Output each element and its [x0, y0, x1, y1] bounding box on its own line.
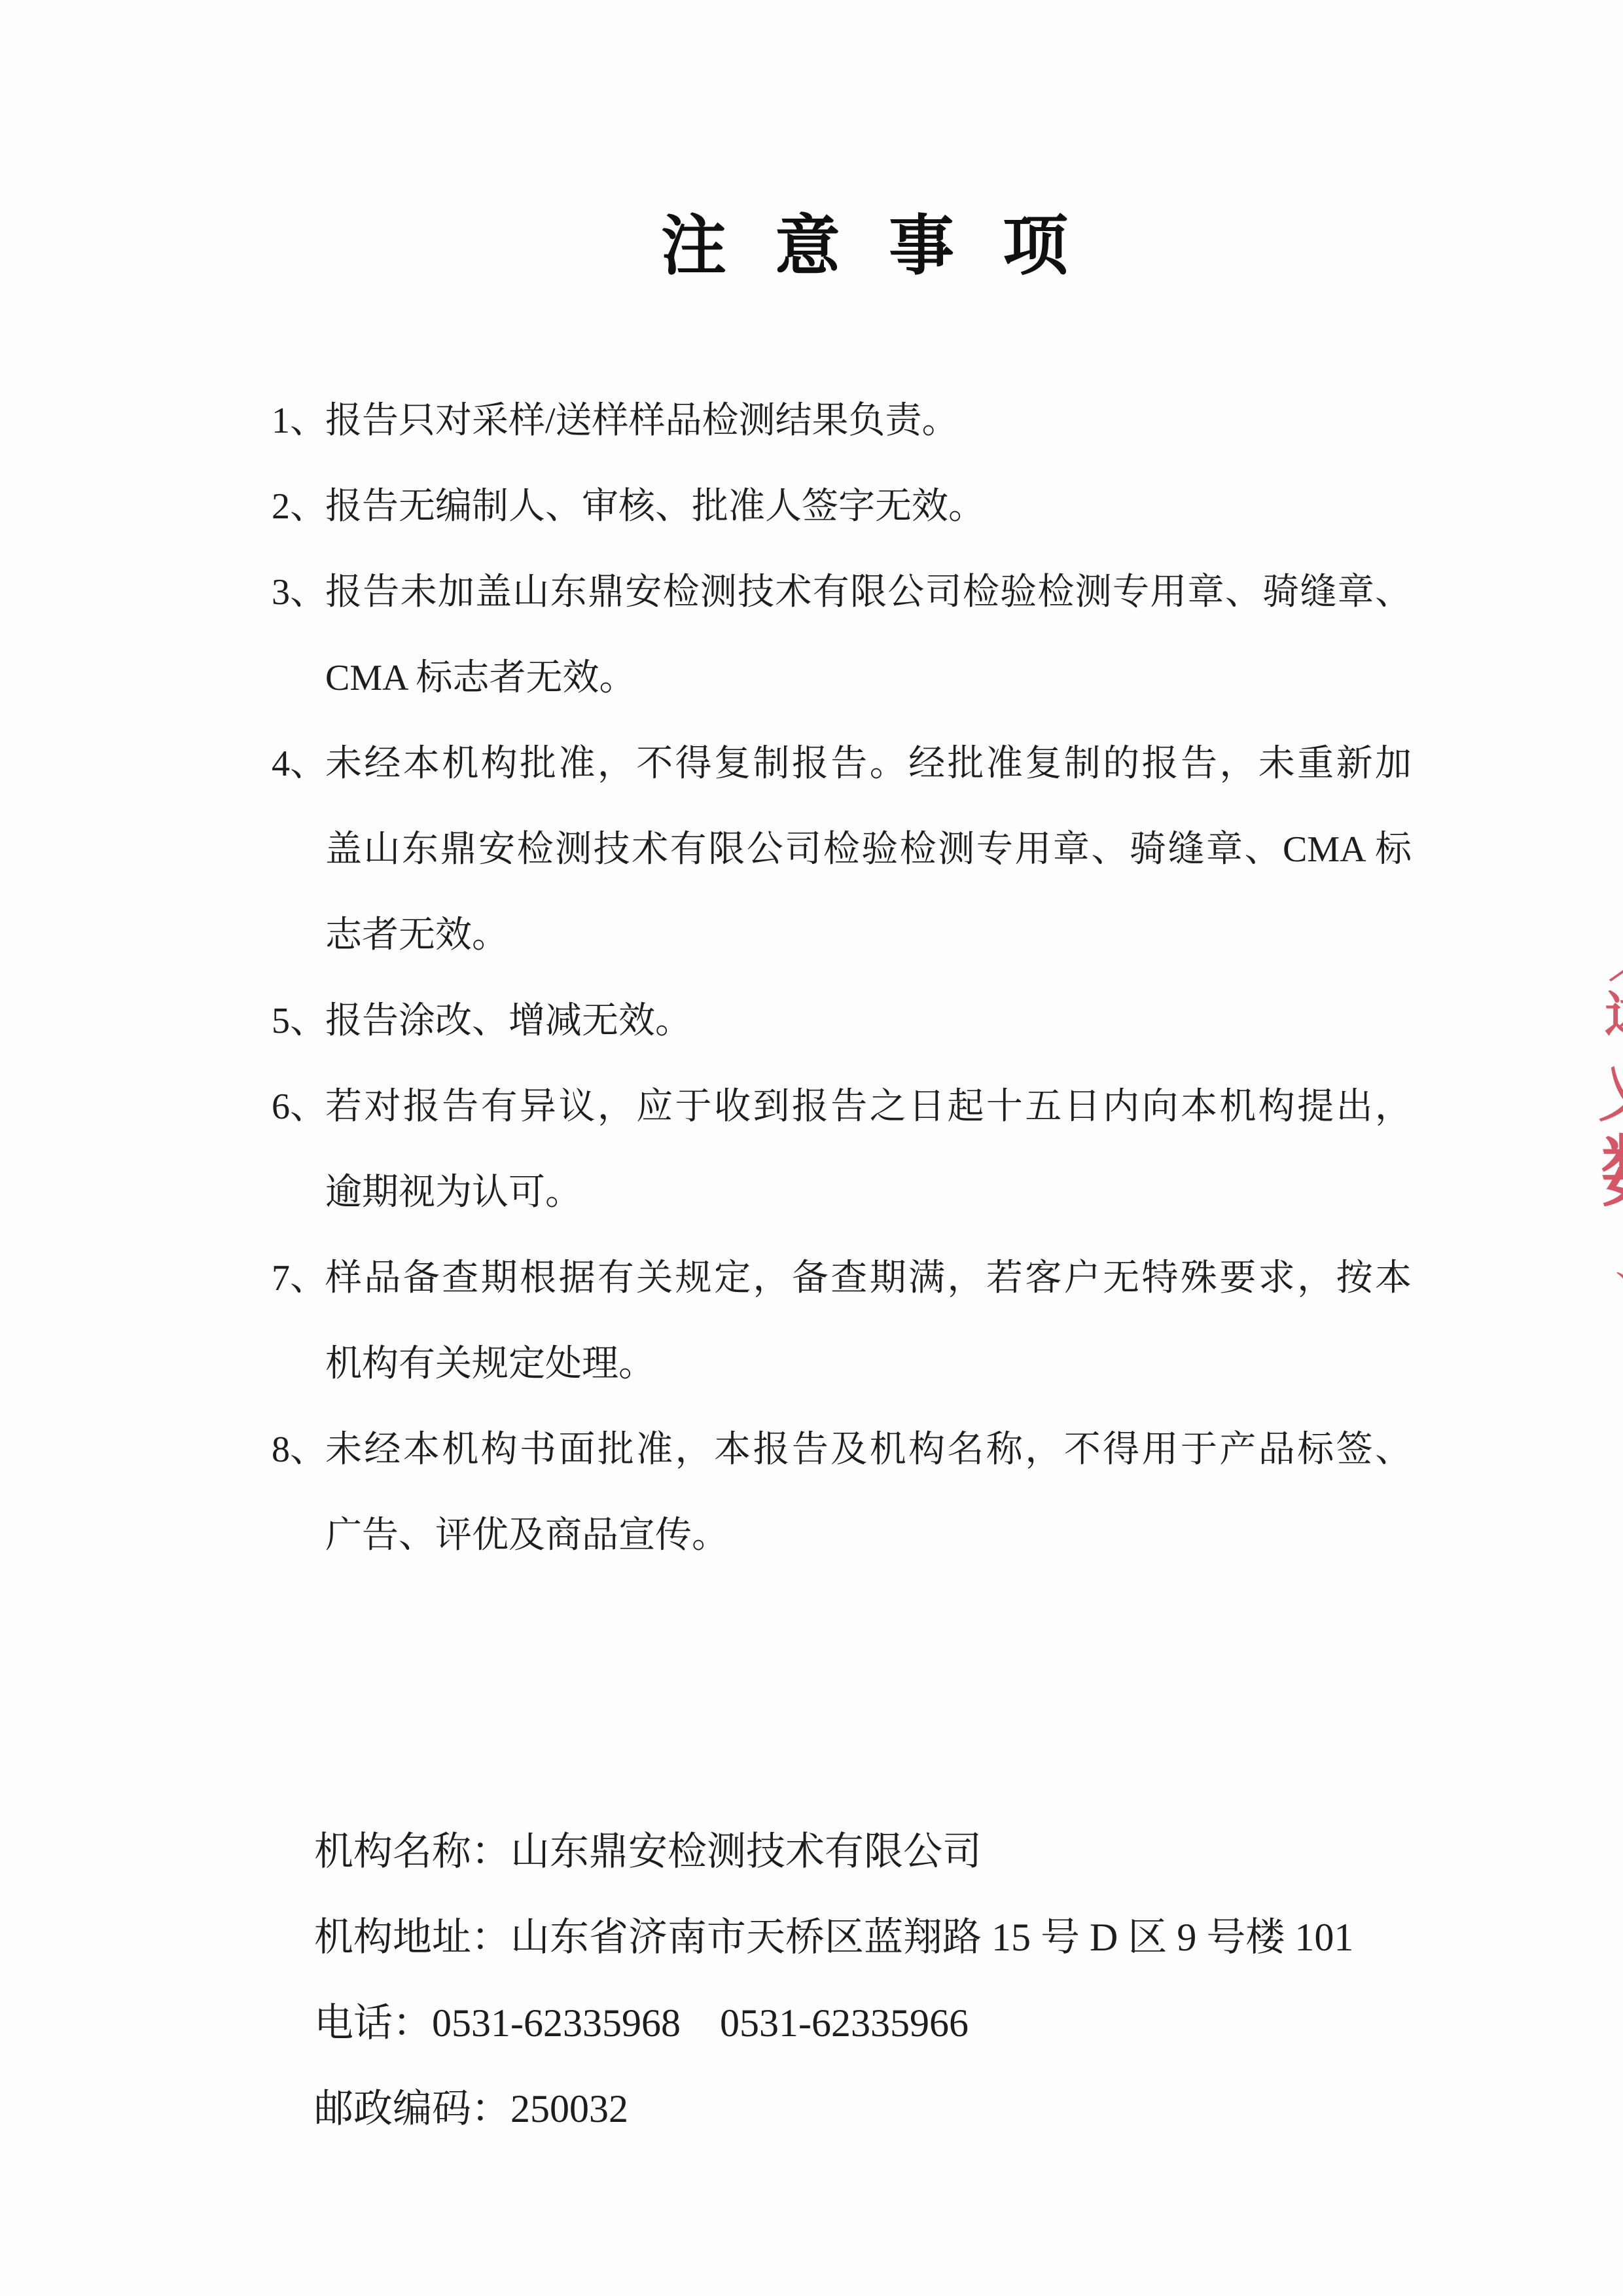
org-postcode-label: 邮政编码：	[314, 2087, 510, 2130]
org-address-value: 山东省济南市天桥区蓝翔路 15 号 D 区 9 号楼 101	[510, 1916, 1353, 1959]
item-text: 机构有关规定处理。	[325, 1344, 655, 1384]
item-text: 报告涂改、增减无效。	[325, 1001, 692, 1041]
org-phone-value: 0531-62335968 0531-62335966	[432, 2001, 969, 2045]
org-name-value: 山东鼎安检测技术有限公司	[510, 1830, 982, 1873]
list-item-continuation: CMA 标志者无效。	[0, 636, 1412, 721]
item-number: 5、	[272, 978, 327, 1064]
item-text: 未经本机构书面批准，本报告及机构名称，不得用于产品标签、	[325, 1429, 1412, 1470]
list-item: 4、 未经本机构批准，不得复制报告。经批准复制的报告，未重新加	[0, 721, 1412, 807]
list-item-continuation: 广告、评优及商品宣传。	[0, 1493, 1412, 1579]
item-text: 样品备查期根据有关规定，备查期满，若客户无特殊要求，按本	[325, 1258, 1412, 1299]
item-text: 盖山东鼎安检测技术有限公司检验检测专用章、骑缝章、CMA 标	[325, 829, 1412, 870]
notice-page: 注意事项 1、 报告只对采样/送样样品检测结果负责。 2、 报告无编制人、审核、…	[0, 0, 1623, 2296]
list-item: 6、 若对报告有异议，应于收到报告之日起十五日内向本机构提出，	[0, 1064, 1412, 1150]
list-item: 2、 报告无编制人、审核、批准人签字无效。	[0, 464, 1412, 550]
item-number: 8、	[272, 1407, 327, 1493]
list-item: 1、 报告只对采样/送样样品检测结果负责。	[0, 378, 1412, 464]
org-info: 机构名称：山东鼎安检测技术有限公司 机构地址：山东省济南市天桥区蓝翔路 15 号…	[255, 1723, 1353, 2066]
item-text: 广告、评优及商品宣传。	[325, 1515, 728, 1556]
org-name-label: 机构名称：	[314, 1830, 510, 1873]
item-text: 志者无效。	[325, 915, 508, 956]
item-text: 若对报告有异议，应于收到报告之日起十五日内向本机构提出，	[325, 1086, 1412, 1127]
item-number: 1、	[272, 378, 327, 464]
list-item-continuation: 志者无效。	[0, 893, 1412, 978]
org-phone-label: 电话：	[314, 2001, 432, 2045]
list-item-continuation: 机构有关规定处理。	[0, 1321, 1412, 1407]
org-postcode-value: 250032	[510, 2087, 628, 2130]
list-item: 7、 样品备查期根据有关规定，备查期满，若客户无特殊要求，按本	[0, 1236, 1412, 1321]
item-text: 报告未加盖山东鼎安检测技术有限公司检验检测专用章、骑缝章、	[325, 572, 1412, 613]
item-text: 报告无编制人、审核、批准人签字无效。	[325, 486, 985, 527]
notice-list: 1、 报告只对采样/送样样品检测结果负责。 2、 报告无编制人、审核、批准人签字…	[0, 378, 1623, 1579]
org-name-line: 机构名称：山东鼎安检测技术有限公司	[255, 1723, 1353, 1809]
org-address-label: 机构地址：	[314, 1916, 510, 1959]
list-item: 8、 未经本机构书面批准，本报告及机构名称，不得用于产品标签、	[0, 1407, 1412, 1493]
item-number: 2、	[272, 464, 327, 550]
list-item-continuation: 逾期视为认可。	[0, 1150, 1412, 1236]
page-title: 注意事项	[77, 211, 1623, 283]
list-item-continuation: 盖山东鼎安检测技术有限公司检验检测专用章、骑缝章、CMA 标	[0, 807, 1412, 893]
item-text: 逾期视为认可。	[325, 1172, 582, 1213]
item-number: 6、	[272, 1064, 327, 1150]
item-number: 3、	[272, 550, 327, 636]
list-item: 5、 报告涂改、增减无效。	[0, 978, 1412, 1064]
item-text: CMA 标志者无效。	[325, 658, 636, 698]
item-number: 4、	[272, 721, 327, 807]
item-number: 7、	[272, 1236, 327, 1321]
item-text: 报告只对采样/送样样品检测结果负责。	[325, 401, 959, 441]
list-item: 3、 报告未加盖山东鼎安检测技术有限公司检验检测专用章、骑缝章、	[0, 550, 1412, 636]
item-text: 未经本机构批准，不得复制报告。经批准复制的报告，未重新加	[325, 744, 1412, 784]
